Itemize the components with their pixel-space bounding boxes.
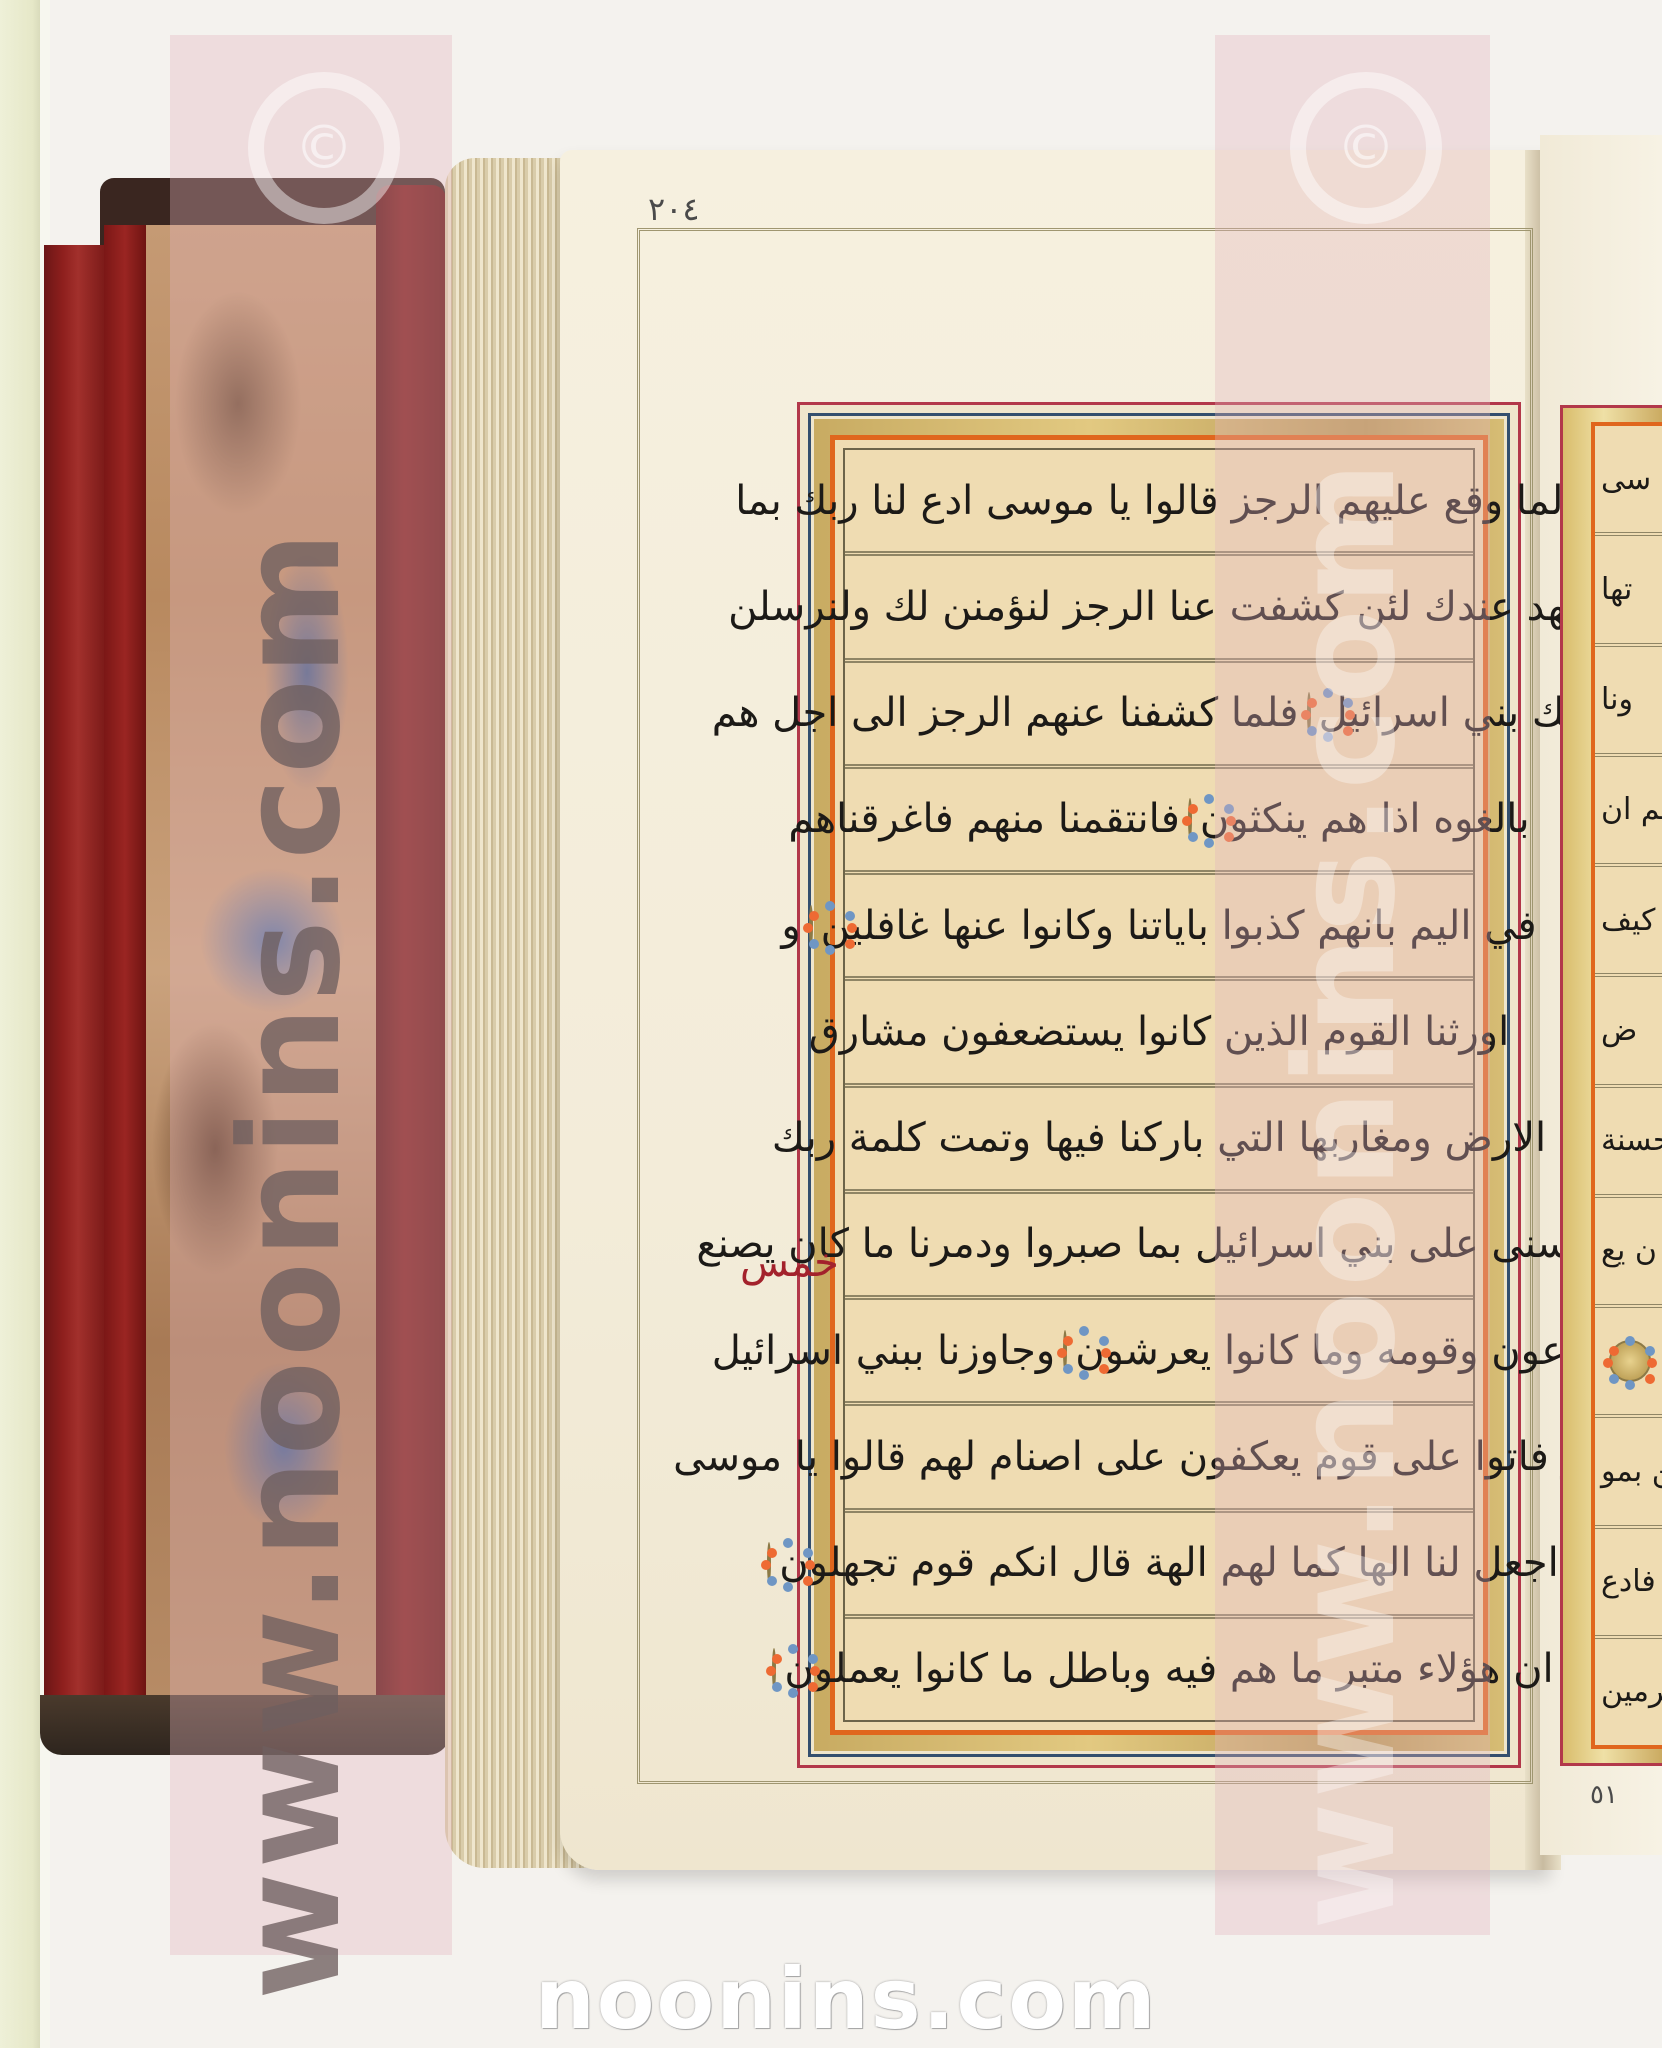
line-fragment: حسنة (1601, 1123, 1662, 1158)
right-page-text-panel: سى تها ونا كم ان كيف ض حسنة ن يع سنين بم… (1560, 405, 1662, 1766)
line-fragment: كم ان (1601, 792, 1662, 827)
right-folio-number: ٥١ (1590, 1780, 1618, 1810)
right-line-2: تها (1595, 536, 1662, 646)
verse-rosette-icon (1188, 798, 1192, 840)
binding-leather-strip (44, 245, 106, 1705)
line-fragment: كيف (1601, 903, 1655, 938)
line-fragment: ن يع (1601, 1233, 1657, 1268)
line-text: فلما كشفنا عنهم الرجز الى اجل هم (712, 690, 1299, 736)
right-line-5: كيف (1595, 867, 1662, 977)
line-fragment: ونا (1601, 682, 1633, 717)
right-line-11: فادع (1595, 1529, 1662, 1639)
binding-red-band (104, 225, 146, 1695)
line-fragment: سنين بمو (1601, 1454, 1662, 1489)
line-fragment: فادع (1601, 1564, 1656, 1599)
line-fragment: المجرمين (1601, 1674, 1662, 1709)
right-line-4: كم ان (1595, 757, 1662, 867)
line-fragment: سى (1601, 462, 1651, 497)
right-line-7: حسنة (1595, 1088, 1662, 1198)
marginal-note: خمس (740, 1240, 839, 1286)
right-line-8: ن يع (1595, 1198, 1662, 1308)
copyright-icon: © (1290, 72, 1442, 224)
line-fragment: ض (1601, 1013, 1637, 1048)
verse-rosette-icon (1609, 1340, 1651, 1382)
folio-number: ٢٠٤ (648, 190, 700, 228)
right-line-6: ض (1595, 977, 1662, 1087)
right-line-10: سنين بمو (1595, 1418, 1662, 1528)
line-fragment: تها (1601, 572, 1632, 607)
verse-rosette-icon (1063, 1330, 1067, 1372)
right-line-12: المجرمين (1595, 1639, 1662, 1745)
line-text: البحر فاتوا على قوم يعكفون على اصنام لهم… (673, 1434, 1645, 1480)
watermark-bottom-text: noonins.com (535, 1950, 1158, 2048)
verse-rosette-icon (809, 905, 813, 947)
right-line-1: سى (1595, 426, 1662, 536)
copyright-icon: © (248, 72, 400, 224)
right-line-9 (1595, 1308, 1662, 1418)
right-line-3: ونا (1595, 647, 1662, 757)
line-text: و (781, 903, 800, 949)
line-text: فانتقمنا منهم فاغرقناهم (788, 796, 1180, 842)
line-text: وجاوزنا ببني اسرائيل (712, 1328, 1056, 1374)
watermark-vertical-text: www.noonins.com (210, 527, 371, 2000)
right-page-text-block: سى تها ونا كم ان كيف ض حسنة ن يع سنين بم… (1591, 422, 1662, 1749)
watermark-vertical-text: www.noonins.com (1265, 457, 1426, 1930)
